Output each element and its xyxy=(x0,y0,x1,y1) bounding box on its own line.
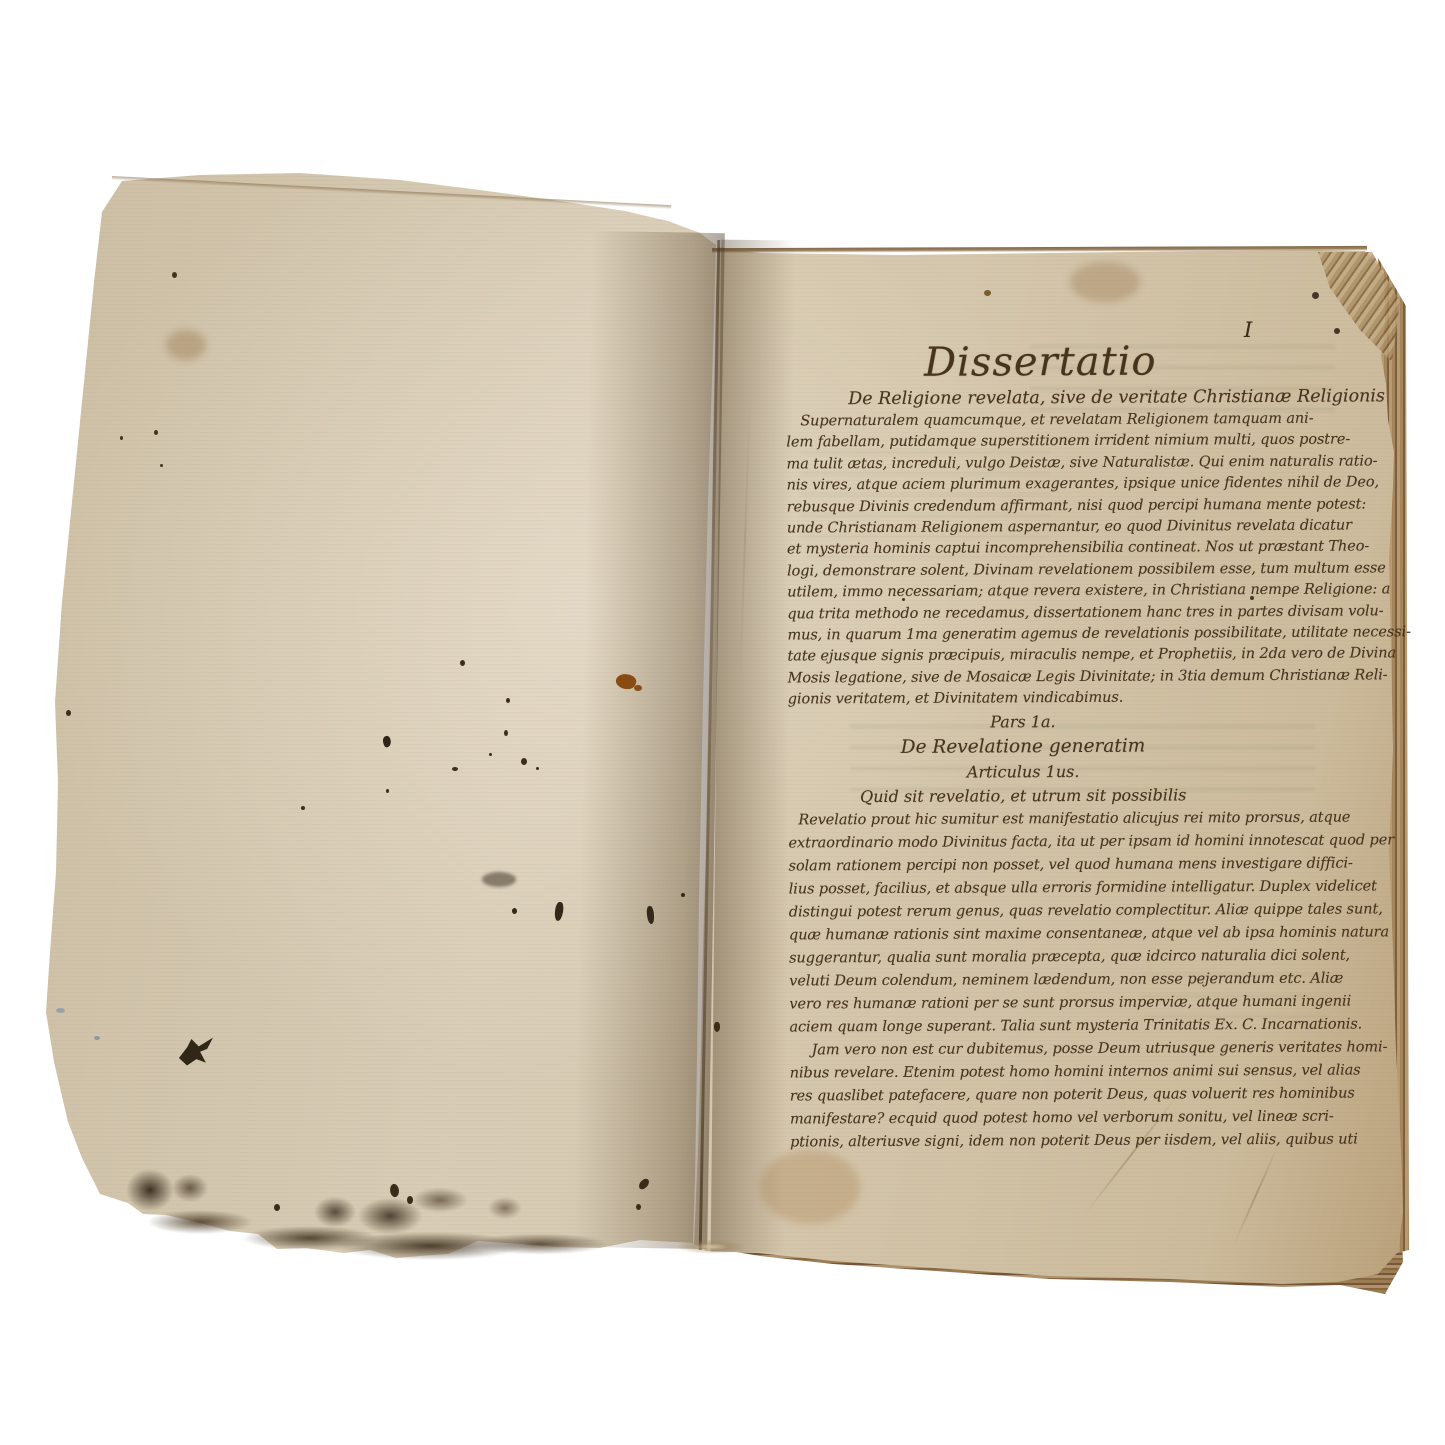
manuscript-line: nibus revelare. Etenim potest homo homin… xyxy=(790,1059,1350,1085)
heading-question: Quid sit revelatio, et utrum sit possibi… xyxy=(788,783,1258,809)
manuscript-line: quæ humanæ rationis sint maxime consenta… xyxy=(789,921,1349,947)
heading-pars: Pars 1a. xyxy=(788,709,1258,735)
manuscript-line: manifestare? ecquid quod potest homo vel… xyxy=(790,1105,1350,1131)
heading-section: De Revelatione generatim xyxy=(788,733,1258,761)
manuscript-line: logi, demonstrare solent, Divinam revela… xyxy=(787,558,1347,582)
manuscript-line: distingui potest rerum genus, quas revel… xyxy=(789,898,1349,924)
manuscript-line: unde Christianam Religionem aspernantur,… xyxy=(787,516,1347,540)
manuscript-line: utilem, immo necessariam; atque revera e… xyxy=(787,580,1347,604)
manuscript-line: Jam vero non est cur dubitemus, posse De… xyxy=(790,1036,1350,1062)
manuscript-line: Revelatio prout hic sumitur est manifest… xyxy=(788,806,1348,832)
heading-article: Articulus 1us. xyxy=(788,759,1258,785)
ink-spot xyxy=(984,290,991,296)
manuscript-subtitle: De Religione revelata, sive de veritate … xyxy=(848,385,1346,412)
manuscript-line: Supernaturalem quamcumque, et revelatam … xyxy=(786,409,1346,433)
paragraph-1: Supernaturalem quamcumque, et revelatam … xyxy=(786,409,1348,712)
manuscript-line: lius posset, facilius, et absque ulla er… xyxy=(789,875,1349,901)
ink-spot xyxy=(1334,328,1340,334)
manuscript-line: et mysteria hominis captui incomprehensi… xyxy=(787,537,1347,561)
manuscript-line: mus, in quarum 1ma generatim agemus de r… xyxy=(787,623,1347,647)
manuscript-line: nis vires, atque aciem plurimum exageran… xyxy=(787,473,1347,497)
manuscript-line: gionis veritatem, et Divinitatem vindica… xyxy=(788,687,1348,711)
manuscript-text-block: Dissertatio De Religione revelata, sive … xyxy=(786,337,1350,1155)
manuscript-line: solam rationem percipi non posset, vel q… xyxy=(789,852,1349,878)
manuscript-book-photo: I Dissertatio De Religione revelata, siv… xyxy=(0,0,1445,1445)
manuscript-title: Dissertatio xyxy=(924,337,1346,387)
manuscript-line: qua trita methodo ne recedamus, disserta… xyxy=(787,601,1347,625)
manuscript-line: vero res humanæ rationi per se sunt pror… xyxy=(789,990,1349,1016)
section-headings: Pars 1a. De Revelatione generatim Articu… xyxy=(788,709,1259,809)
ink-spot xyxy=(1312,292,1319,299)
manuscript-line: aciem quam longe superant. Talia sunt my… xyxy=(789,1013,1349,1039)
manuscript-line: res quaslibet patefacere, quare non pote… xyxy=(790,1082,1350,1108)
manuscript-line: rebusque Divinis credendum affirmant, ni… xyxy=(787,494,1347,518)
manuscript-line: ptionis, alteriusve signi, idem non pote… xyxy=(790,1128,1350,1154)
manuscript-line: tate ejusque signis præcipuis, miraculis… xyxy=(787,644,1347,668)
manuscript-line: Mosis legatione, sive de Mosaicæ Legis D… xyxy=(788,665,1348,689)
manuscript-line: ma tulit ætas, increduli, vulgo Deistæ, … xyxy=(786,451,1346,475)
manuscript-line: lem fabellam, putidamque superstitionem … xyxy=(786,430,1346,454)
paragraph-2: Revelatio prout hic sumitur est manifest… xyxy=(788,806,1350,1154)
crease-line xyxy=(1233,1144,1280,1245)
crease-line xyxy=(739,400,751,680)
manuscript-line: veluti Deum colendum, neminem lædendum, … xyxy=(789,967,1349,993)
manuscript-line: extraordinario modo Divinitus facta, ita… xyxy=(788,829,1348,855)
manuscript-line: suggerantur, qualia sunt moralia præcept… xyxy=(789,944,1349,970)
